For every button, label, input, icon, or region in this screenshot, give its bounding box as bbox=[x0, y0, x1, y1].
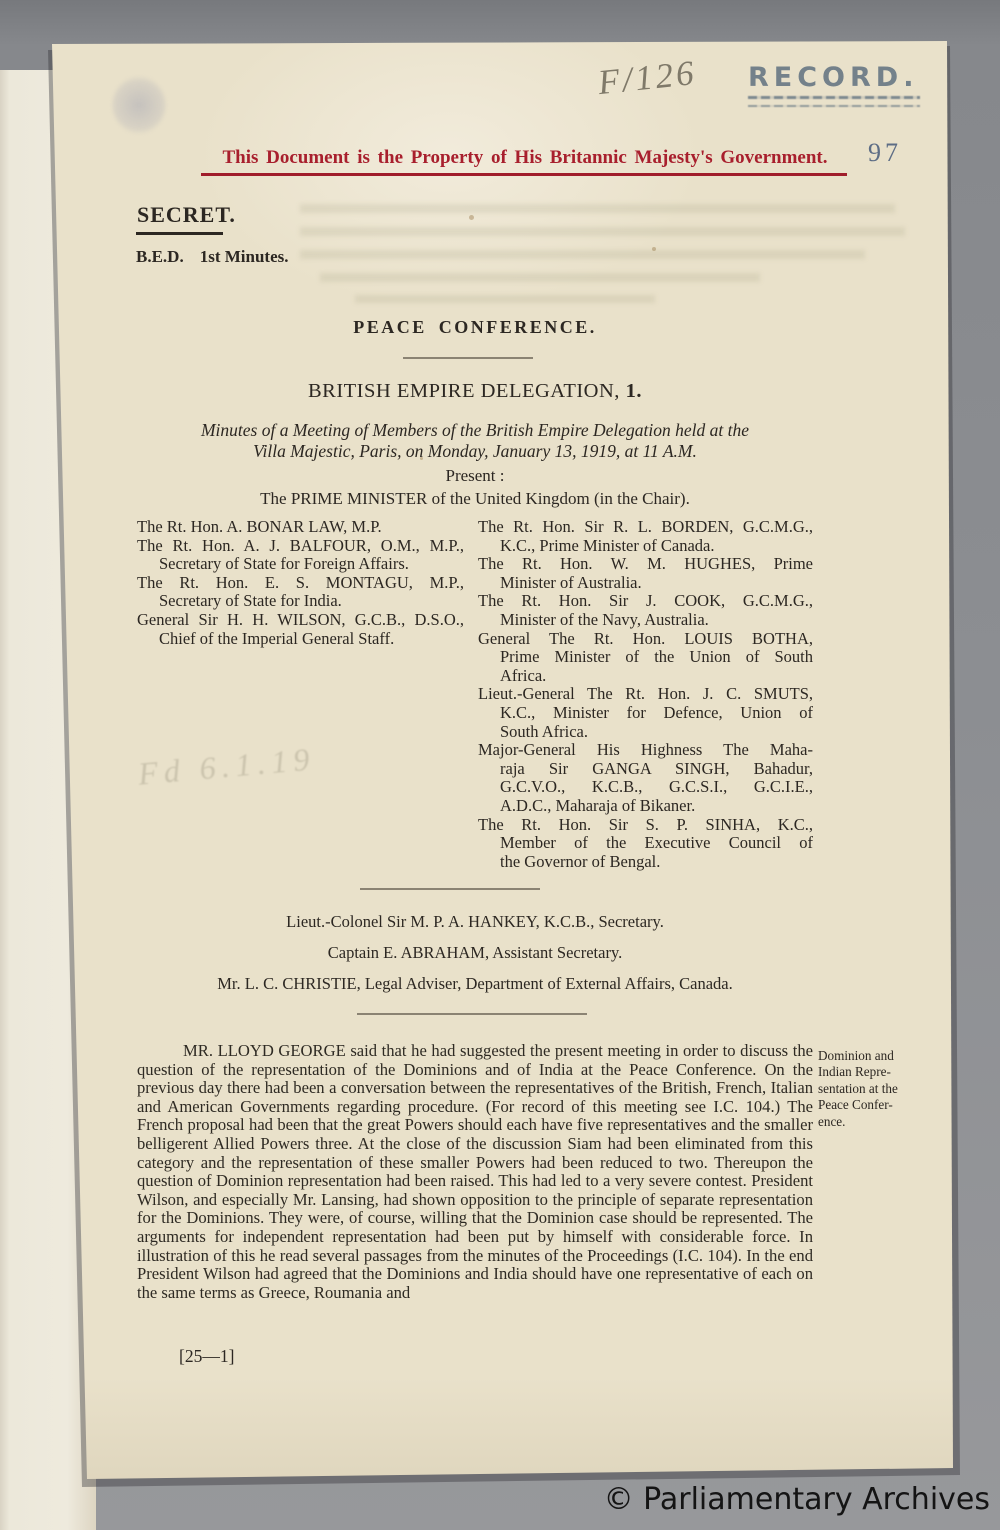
official: Mr. L. C. CHRISTIE, Legal Adviser, Depar… bbox=[137, 974, 813, 993]
margin-note-line-line: Dominion and bbox=[818, 1048, 928, 1064]
bleed-through-text bbox=[300, 250, 865, 259]
minute-reference-label: 1st Minutes. bbox=[200, 247, 289, 266]
handwritten-reference: F/126 bbox=[596, 53, 698, 103]
attendee-line: Secretary of State for Foreign Affairs. bbox=[137, 555, 464, 574]
title-divider bbox=[403, 357, 533, 359]
minute-reference: B.E.D.1st Minutes. bbox=[136, 247, 289, 267]
attendees-left-column: The Rt. Hon. A. BONAR LAW, M.P.The Rt. H… bbox=[137, 518, 464, 648]
minute-reference-code: B.E.D. bbox=[136, 247, 184, 266]
section-divider bbox=[360, 888, 540, 890]
officials-list: Lieut.-Colonel Sir M. P. A. HANKEY, K.C.… bbox=[137, 912, 813, 1005]
official: Captain E. ABRAHAM, Assistant Secretary. bbox=[137, 943, 813, 962]
margin-note: Dominion andIndian Repre-sentation at th… bbox=[818, 1048, 928, 1130]
attendee-line: The Rt. Hon. W. M. HUGHES, Prime bbox=[478, 555, 813, 574]
delegation-heading: BRITISH EMPIRE DELEGATION,1. bbox=[137, 380, 813, 403]
document-title: PEACE CONFERENCE. bbox=[137, 317, 813, 338]
attendee: General The Rt. Hon. LOUIS BOTHA,Prime M… bbox=[478, 630, 813, 686]
official-line: Lieut.-Colonel Sir M. P. A. HANKEY, K.C.… bbox=[137, 912, 813, 931]
archive-watermark: © Parliamentary Archives bbox=[604, 1482, 990, 1517]
bleed-through-text bbox=[355, 295, 655, 303]
document-page: F/126 RECORD. 97 This Document is the Pr… bbox=[0, 0, 1000, 1530]
margin-note-line-line: ence. bbox=[818, 1114, 928, 1130]
attendee-line: Africa. bbox=[478, 667, 813, 686]
bleed-through-text bbox=[300, 227, 905, 236]
record-stamp-underline bbox=[748, 96, 920, 99]
attendee-line: The Rt. Hon. A. J. BALFOUR, O.M., M.P., bbox=[137, 537, 464, 556]
attendee-line: the Governor of Bengal. bbox=[478, 853, 813, 872]
attendee-line: Secretary of State for India. bbox=[137, 592, 464, 611]
meeting-details-line2: Villa Majestic, Paris, on Monday, Januar… bbox=[137, 441, 813, 462]
attendee-line: Minister of Australia. bbox=[478, 574, 813, 593]
attendee-line: The Rt. Hon. E. S. MONTAGU, M.P., bbox=[137, 574, 464, 593]
attendee-line: K.C., Minister for Defence, Union of bbox=[478, 704, 813, 723]
margin-note-line: Dominion and bbox=[818, 1048, 928, 1064]
attendee-line: Chief of the Imperial General Staff. bbox=[137, 630, 464, 649]
attendee-line: Prime Minister of the Union of South bbox=[478, 648, 813, 667]
folio-number: 97 bbox=[868, 138, 902, 168]
record-stamp-underline bbox=[748, 105, 920, 107]
property-declaration: This Document is the Property of His Bri… bbox=[205, 147, 845, 169]
minutes-paragraph: MR. LLOYD GEORGE said that he had sugges… bbox=[137, 1042, 813, 1302]
chairman-line: The PRIME MINISTER of the United Kingdom… bbox=[137, 489, 813, 509]
attendee-line: Member of the Executive Council of bbox=[478, 834, 813, 853]
attendee-line: G.C.V.O., K.C.B., G.C.S.I., G.C.I.E., bbox=[478, 778, 813, 797]
margin-note-line: ence. bbox=[818, 1114, 928, 1130]
official-line: Mr. L. C. CHRISTIE, Legal Adviser, Depar… bbox=[137, 974, 813, 993]
delegation-heading-text: BRITISH EMPIRE DELEGATION, bbox=[308, 380, 620, 402]
record-stamp: RECORD. bbox=[748, 62, 920, 107]
attendee: General Sir H. H. WILSON, G.C.B., D.S.O.… bbox=[137, 611, 464, 648]
official-line: Captain E. ABRAHAM, Assistant Secretary. bbox=[137, 943, 813, 962]
margin-note-line: Peace Confer- bbox=[818, 1097, 928, 1113]
attendee: Major-General His Highness The Maha-raja… bbox=[478, 741, 813, 815]
attendee-line: The Rt. Hon. Sir J. COOK, G.C.M.G., bbox=[478, 592, 813, 611]
attendee-line: South Africa. bbox=[478, 723, 813, 742]
classification-underline bbox=[136, 232, 223, 235]
attendee-line: Minister of the Navy, Australia. bbox=[478, 611, 813, 630]
bleed-through-text bbox=[320, 273, 760, 282]
attendee-line: General The Rt. Hon. LOUIS BOTHA, bbox=[478, 630, 813, 649]
attendee-line: General Sir H. H. WILSON, G.C.B., D.S.O.… bbox=[137, 611, 464, 630]
margin-note-line-line: Indian Repre- bbox=[818, 1064, 928, 1080]
attendee: The Rt. Hon. Sir S. P. SINHA, K.C.,Membe… bbox=[478, 816, 813, 872]
margin-note-line: sentation at the bbox=[818, 1081, 928, 1097]
attendees-right-column: The Rt. Hon. Sir R. L. BORDEN, G.C.M.G.,… bbox=[478, 518, 813, 871]
attendee: The Rt. Hon. E. S. MONTAGU, M.P.,Secreta… bbox=[137, 574, 464, 611]
attendee-line: Major-General His Highness The Maha- bbox=[478, 741, 813, 760]
margin-note-line-line: sentation at the bbox=[818, 1081, 928, 1097]
attendee: The Rt. Hon. A. BONAR LAW, M.P. bbox=[137, 518, 464, 537]
present-label: Present : bbox=[137, 466, 813, 486]
pencil-annotation: Fd 6.1.19 bbox=[137, 740, 317, 792]
attendee: The Rt. Hon. Sir J. COOK, G.C.M.G.,Minis… bbox=[478, 592, 813, 629]
record-stamp-text: RECORD. bbox=[748, 62, 920, 93]
attendee-line: A.D.C., Maharaja of Bikaner. bbox=[478, 797, 813, 816]
classification-label: SECRET. bbox=[137, 202, 236, 228]
attendee: Lieut.-General The Rt. Hon. J. C. SMUTS,… bbox=[478, 685, 813, 741]
attendee-line: The Rt. Hon. A. BONAR LAW, M.P. bbox=[137, 518, 464, 537]
attendee-line: The Rt. Hon. Sir S. P. SINHA, K.C., bbox=[478, 816, 813, 835]
printer-mark: [25—1] bbox=[179, 1346, 234, 1367]
margin-note-line: Indian Repre- bbox=[818, 1064, 928, 1080]
foxing-speck bbox=[469, 215, 474, 220]
delegation-number: 1. bbox=[626, 380, 642, 402]
attendee-line: The Rt. Hon. Sir R. L. BORDEN, G.C.M.G., bbox=[478, 518, 813, 537]
margin-note-line-line: Peace Confer- bbox=[818, 1097, 928, 1113]
attendee-line: Lieut.-General The Rt. Hon. J. C. SMUTS, bbox=[478, 685, 813, 704]
paper-stain bbox=[112, 76, 166, 134]
attendee: The Rt. Hon. W. M. HUGHES, PrimeMinister… bbox=[478, 555, 813, 592]
meeting-details-line1: Minutes of a Meeting of Members of the B… bbox=[137, 420, 813, 441]
attendee: The Rt. Hon. A. J. BALFOUR, O.M., M.P.,S… bbox=[137, 537, 464, 574]
official: Lieut.-Colonel Sir M. P. A. HANKEY, K.C.… bbox=[137, 912, 813, 931]
scan-background: F/126 RECORD. 97 This Document is the Pr… bbox=[0, 0, 1000, 1530]
attendee-line: K.C., Prime Minister of Canada. bbox=[478, 537, 813, 556]
attendee: The Rt. Hon. Sir R. L. BORDEN, G.C.M.G.,… bbox=[478, 518, 813, 555]
property-underline bbox=[201, 173, 847, 176]
bleed-through-text bbox=[300, 204, 895, 213]
section-divider bbox=[357, 1013, 587, 1015]
attendee-line: raja Sir GANGA SINGH, Bahadur, bbox=[478, 760, 813, 779]
